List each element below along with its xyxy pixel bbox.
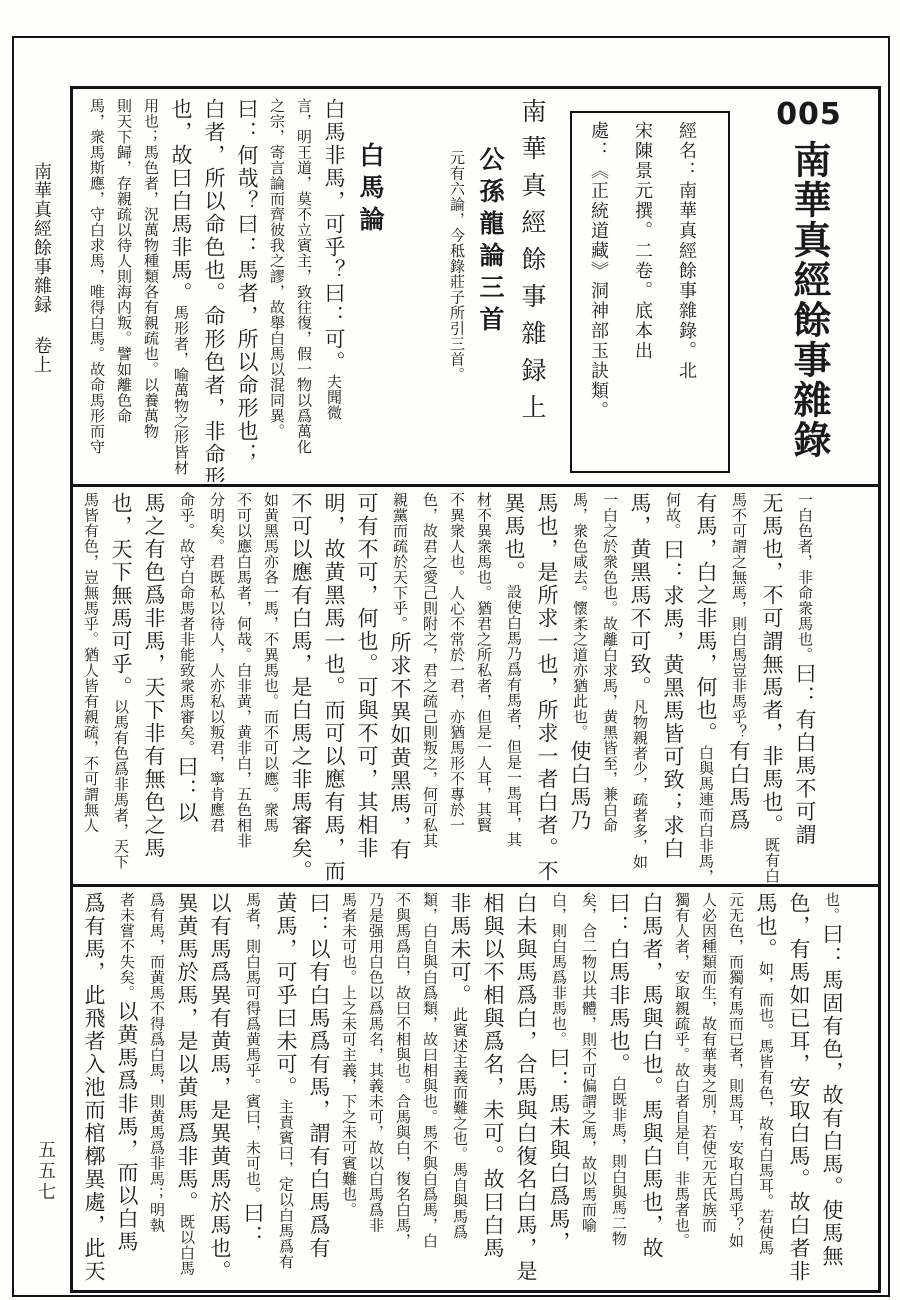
commentary-text: 乃是强用白色以爲馬名，其義未可，故以白馬爲非: [367, 892, 385, 1233]
commentary-text: 何故。: [664, 492, 682, 539]
text-column: 元有六論，今秪錄莊子所引三首。: [444, 98, 470, 479]
register-bottom: 也。曰：馬固有色，故有白馬。使馬無色，有馬如已耳，安取白馬。故白者非馬也。如，而…: [73, 887, 878, 1290]
text-column: 白者，所以命色也。命形色者，非命形: [198, 98, 230, 479]
main-text: 以黄馬爲非馬，而以白馬: [115, 1001, 139, 1254]
spine-title-main: 南華真經餘事雜録: [31, 162, 52, 314]
text-column: 馬，衆色咸去。懷柔之道亦猶此也。使白馬乃: [564, 492, 596, 879]
main-text: 也，天下無馬可乎。: [109, 492, 133, 699]
colophon-column: 經名：南華真經餘事雜錄。北: [664, 121, 708, 463]
text-frame: 005 南華真經餘事雜錄 經名：南華真經餘事雜錄。北宋陳景元撰。二卷。底本出處：…: [70, 86, 881, 1293]
commentary-text: 夫聞微: [325, 374, 343, 421]
main-text: 可有不可，何也。可與不可，其相非: [355, 492, 379, 860]
text-column: 乃是强用白色以爲馬名，其義未可，故以白馬爲非: [363, 892, 389, 1285]
text-column: 馬也，是所求一也，所求一者白者。不: [531, 492, 563, 879]
main-text: 白馬非馬，可乎？曰：可。: [322, 98, 346, 374]
main-text: 爲有馬，此飛者入池而棺槨異處，此天: [82, 892, 106, 1283]
text-column: 白，則白馬爲非馬也。曰：馬未與白爲馬，: [543, 892, 575, 1285]
text-column: 有馬，白之非馬，何也。白與馬連而白非馬，: [690, 492, 722, 879]
text-column: 相與以不相與爲名，未可。故曰白馬: [477, 892, 509, 1285]
main-text: 曰：白馬非馬也。: [607, 892, 631, 1076]
commentary-text: 白，則白馬爲非馬也。: [550, 892, 568, 1047]
text-column: 則天下歸，存親疏以待人則海内叛。譬如離色命: [111, 98, 137, 479]
commentary-text: 之宗，寄言論而齊彼我之謬，故舉白馬以混同異。: [268, 98, 286, 439]
commentary-text: 言，明王道，莫不立賓主，致往復，假一物以爲萬化: [295, 98, 313, 455]
text-column: 白未與馬爲白，合馬與白復名白馬，是: [510, 892, 542, 1285]
main-text: 曰：有白馬不可謂: [793, 663, 817, 847]
main-text: 曰：以: [175, 756, 199, 825]
book-title: 南華真經餘事雜錄: [787, 140, 831, 470]
text-column: 馬者，則白馬可得爲黄馬乎。賓曰，未可也。曰：: [237, 892, 269, 1285]
text-column: 之宗，寄言論而齊彼我之謬，故舉白馬以混同異。: [264, 98, 290, 479]
text-column: 曰：何哉？曰：馬者，所以命形也；: [231, 98, 263, 479]
main-text: 不可以應有白馬，是白馬之非馬審矣。: [289, 492, 313, 883]
text-column: 異馬也。設使白馬乃爲有馬者，但是一馬耳，其: [498, 492, 530, 879]
commentary-text: 白與馬連而白非馬，: [697, 745, 715, 884]
text-column: 爲有馬，而黄馬不得爲白馬，則黄馬爲非馬；明執: [144, 892, 170, 1285]
main-text: 白未與馬爲白，合馬與白復名白馬，是: [514, 892, 538, 1283]
commentary-text: 一白色者，非命衆馬也。: [796, 492, 814, 663]
main-text: 公孫龍論三首: [476, 146, 505, 338]
commentary-text: 者未嘗不失矣。: [118, 892, 136, 1001]
main-text: 馬也，是所求一也，所求一者白者。不: [535, 492, 559, 883]
commentary-text: 馬者，則白馬可得爲黄馬乎。賓曰，未可也。: [244, 892, 262, 1202]
commentary-text: 馬者未可也。上之未可主義，下之未可賓難也。: [340, 892, 358, 1218]
text-column: 如黄黑馬亦各一馬，不異馬也。而不可以應。衆馬: [258, 492, 284, 879]
main-text: 无馬也，不可謂無馬者，非馬也。: [760, 492, 784, 837]
title-block: 005 南華真經餘事雜錄: [744, 95, 874, 482]
main-text: 曰：何哉？曰：馬者，所以命形也；: [235, 98, 259, 466]
register-middle-text: 一白色者，非命衆馬也。曰：有白馬不可謂无馬也，不可謂無馬者，非馬也。既有白馬不可…: [73, 487, 826, 884]
commentary-text: 如，而也。馬皆有色，故有白馬耳。若使馬: [757, 961, 775, 1256]
commentary-text: 也。: [823, 892, 841, 923]
text-column: 以有馬爲異有黄馬，是異黄馬於馬也。: [204, 892, 236, 1285]
text-column: 馬之有色爲非馬，天下非有無色之馬: [138, 492, 170, 879]
text-column: 曰：白馬非馬也。白既非馬，則白與馬二物: [603, 892, 635, 1285]
text-column: 馬，黄黑馬不可致。凡物親者少，疏者多，如: [624, 492, 656, 879]
text-column: 馬皆有色，豈無馬乎。猶人皆有親疏，不可謂無人: [78, 492, 104, 879]
commentary-text: 白既非馬，則白與馬二物: [610, 1076, 628, 1247]
section-heading-column: 白馬論: [351, 98, 389, 479]
text-column: 也，故曰白馬非馬。馬形者，喻萬物之形皆材: [165, 98, 197, 479]
volume-title-column: 南華真經餘事雜録上: [510, 98, 554, 479]
text-column: 何故。曰：求馬，黄黑馬皆可致；求白: [657, 492, 689, 879]
main-text: 所求不異如黄黑馬，有: [388, 632, 412, 862]
spine-title: 南華真經餘事雜録卷上: [26, 162, 56, 374]
commentary-text: 親黨而疏於天下乎。: [391, 492, 409, 632]
text-column: 明，故黄黑馬一也。而可以應有馬，而: [318, 492, 350, 879]
text-column: 類，白自與白爲類，故曰相與也。馬不與白爲馬，白: [417, 892, 443, 1285]
page-number: 五五七: [32, 1140, 58, 1203]
commentary-text: 馬形者，喻萬物之形皆材: [172, 305, 190, 476]
text-column: 爲有馬，此飛者入池而棺槨異處，此天: [78, 892, 110, 1285]
commentary-text: 馬不可謂之無馬，則白馬豈非馬乎？: [730, 492, 748, 740]
text-column: 命乎。故守白命馬者非能致衆馬審矣。曰：以: [171, 492, 203, 879]
text-column: 材不異衆馬也。猶君之所私者，但是一人耳，其賢: [471, 492, 497, 879]
text-column: 馬者未可也。上之未可主義，下之未可賓難也。: [336, 892, 362, 1285]
text-column: 曰：以有白馬爲有馬，謂有白馬爲有: [303, 892, 335, 1285]
text-column: 言，明王道，莫不立賓主，致往復，假一物以爲萬化: [291, 98, 317, 479]
commentary-text: 以馬有色爲非馬者，天下: [112, 699, 130, 870]
commentary-text: 色，故君之愛己則附之，君之疏己則叛之，何可私其: [421, 492, 439, 849]
text-column: 非馬未可。此賓述主義而難之也。馬自與馬爲: [444, 892, 476, 1285]
text-column: 馬不可謂之無馬，則白馬豈非馬乎？有白馬爲: [723, 492, 755, 879]
text-column: 不可以應白馬者，何哉。白非黄，黄非白，五色相非: [231, 492, 257, 879]
text-column: 不可以應有白馬，是白馬之非馬審矣。: [285, 492, 317, 879]
main-text: 異馬也。: [502, 492, 526, 584]
main-text: 白者，所以命色也。命形色者，非命形: [202, 98, 226, 482]
folio-number: 005: [744, 97, 874, 132]
text-column: 可有不可，何也。可與不可，其相非: [351, 492, 383, 879]
commentary-text: 既以白馬: [178, 1214, 196, 1276]
colophon-box: 經名：南華真經餘事雜錄。北宋陳景元撰。二卷。底本出處：《正統道藏》洞神部玉訣類。: [570, 111, 730, 473]
main-text: 異黄馬於馬，是以黄馬爲非馬。: [175, 892, 199, 1214]
commentary-text: 分明矣。君既私以待人，人亦私以叛君，寧肯應君: [208, 492, 226, 833]
commentary-text: 則天下歸，存親疏以待人則海内叛。譬如離色命: [115, 98, 133, 424]
commentary-text: 如黄黑馬亦各一馬，不異馬也。而不可以應。衆馬: [262, 492, 280, 833]
main-text: 黄馬，可乎曰未可。: [274, 892, 298, 1099]
spine-title-volume: 卷上: [31, 314, 52, 374]
commentary-text: 命乎。故守白命馬者非能致衆馬審矣。: [178, 492, 196, 756]
commentary-text: 不異衆人也。人心不常於一君，亦猶馬形不專於一: [448, 492, 466, 833]
scanned-page: { "page": { "folio_number": "005", "book…: [0, 0, 900, 1300]
main-text: 曰：馬固有色，故有白馬。使馬無: [820, 923, 844, 1268]
text-column: 白馬者，馬與白也。馬與白馬也，故: [636, 892, 668, 1285]
main-text: 曰：: [241, 1202, 265, 1248]
main-text: 有馬，白之非馬，何也。: [694, 492, 718, 745]
text-column: 親黨而疏於天下乎。所求不異如黄黑馬，有: [384, 492, 416, 879]
commentary-text: 用也；馬色者，況萬物種類各有親疏也。以養萬物: [142, 98, 160, 439]
commentary-text: 矣，合二物以共體，則不可偏謂之馬，故以馬而喻: [580, 892, 598, 1233]
commentary-text: 馬皆有色，豈無馬乎。猶人皆有親疏，不可謂無人: [82, 492, 100, 833]
text-column: 色，故君之愛己則附之，君之疏己則叛之，何可私其: [417, 492, 443, 879]
commentary-text: 元无色，而獨有馬而已者，則馬耳，安取白馬乎？如: [727, 892, 745, 1249]
text-column: 色，有馬如已耳，安取白馬。故白者非: [783, 892, 815, 1285]
main-text: 馬，黄黑馬不可致。: [628, 492, 652, 699]
commentary-text: 此賓述主義而難之也。馬自與馬爲: [451, 1007, 469, 1240]
text-column: 人必因種類而生，故有華夷之別，若使元无氏族而: [696, 892, 722, 1285]
text-column: 者未嘗不失矣。以黄馬爲非馬，而以白馬: [111, 892, 143, 1285]
main-text: 南華真經餘事雜録上: [518, 98, 547, 431]
register-top: 005 南華真經餘事雜錄 經名：南華真經餘事雜錄。北宋陳景元撰。二卷。底本出處：…: [73, 89, 878, 484]
main-text: 也，故曰白馬非馬。: [169, 98, 193, 305]
commentary-text: 不與馬爲白，故曰不相與也。合馬與白，復名白馬，: [394, 892, 412, 1249]
commentary-text: 人必因種類而生，故有華夷之別，若使元无氏族而: [700, 892, 718, 1233]
main-text: 曰：以有白馬爲有馬，謂有白馬爲有: [307, 892, 331, 1260]
main-text: 白馬論: [356, 142, 385, 238]
commentary-text: 元有六論，今秪錄莊子所引三首。: [448, 150, 466, 383]
commentary-text: 既有白: [763, 837, 781, 884]
commentary-text: 凡物親者少，疏者多，如: [631, 699, 649, 870]
text-column: 獨有人者，安取親疏乎。故白者自是自，非馬者也。: [669, 892, 695, 1285]
text-column: 異黄馬於馬，是以黄馬爲非馬。既以白馬: [171, 892, 203, 1285]
main-text: 明，故黄黑馬一也。而可以應有馬，而: [322, 492, 346, 883]
main-text: 相與以不相與爲名，未可。故曰白馬: [481, 892, 505, 1260]
main-text: 曰：馬未與白爲馬，: [547, 1047, 571, 1254]
commentary-text: 類，白自與白爲類，故曰相與也。馬不與白爲馬，白: [421, 892, 439, 1249]
main-text: 曰：求馬，黄黑馬皆可致；求白: [661, 539, 685, 861]
text-column: 黄馬，可乎曰未可。主責賓曰，定以白馬爲有: [270, 892, 302, 1285]
text-column: 不與馬爲白，故曰不相與也。合馬與白，復名白馬，: [390, 892, 416, 1285]
commentary-text: 馬，衆馬斯應，守白求馬，唯得白馬。故命馬形而守: [88, 98, 106, 455]
colophon-text: 經名：南華真經餘事雜錄。北宋陳景元撰。二卷。底本出處：《正統道藏》洞神部玉訣類。: [576, 121, 708, 463]
section-heading-column: 公孫龍論三首: [471, 98, 509, 479]
register-bottom-text: 也。曰：馬固有色，故有白馬。使馬無色，有馬如已耳，安取白馬。故白者非馬也。如，而…: [73, 887, 853, 1290]
commentary-text: 獨有人者，安取親疏乎。故白者自是自，非馬者也。: [673, 892, 691, 1249]
text-column: 不異衆人也。人心不常於一君，亦猶馬形不專於一: [444, 492, 470, 879]
text-column: 一白色者，非命衆馬也。曰：有白馬不可謂: [789, 492, 821, 879]
register-middle: 一白色者，非命衆馬也。曰：有白馬不可謂无馬也，不可謂無馬者，非馬也。既有白馬不可…: [73, 487, 878, 884]
text-column: 矣，合二物以共體，則不可偏謂之馬，故以馬而喻: [576, 892, 602, 1285]
commentary-text: 馬，衆色咸去。懷柔之道亦猶此也。: [571, 492, 589, 740]
text-column: 分明矣。君既私以待人，人亦私以叛君，寧肯應君: [204, 492, 230, 879]
main-text: 白馬者，馬與白也。馬與白馬也，故: [640, 892, 664, 1260]
text-column: 也。曰：馬固有色，故有白馬。使馬無: [816, 892, 848, 1285]
main-text: 使白馬乃: [568, 740, 592, 832]
main-text: 非馬未可。: [448, 892, 472, 1007]
colophon-column: 宋陳景元撰。二卷。底本出: [620, 121, 664, 463]
text-column: 馬，衆馬斯應，守白求馬，唯得白馬。故命馬形而守: [84, 98, 110, 479]
main-text: 色，有馬如已耳，安取白馬。故白者非: [787, 892, 811, 1283]
main-text: 以有馬爲異有黄馬，是異黄馬於馬也。: [208, 892, 232, 1283]
text-column: 一白之於衆色也。故離白求馬，黄黑皆至，兼白命: [597, 492, 623, 879]
text-column: 白馬非馬，可乎？曰：可。夫聞微: [318, 98, 350, 479]
register-top-text: 南華真經餘事雜録上公孫龍論三首元有六論，今秪錄莊子所引三首。白馬論白馬非馬，可乎…: [77, 95, 564, 482]
main-text: 馬也。: [754, 892, 778, 961]
commentary-text: 主責賓曰，定以白馬爲有: [277, 1099, 295, 1270]
commentary-text: 不可以應白馬者，何哉。白非黄，黄非白，五色相非: [235, 492, 253, 849]
main-text: 有白馬爲: [727, 740, 751, 832]
commentary-text: 設使白馬乃爲有馬者，但是一馬耳，其: [505, 584, 523, 848]
text-column: 馬也。如，而也。馬皆有色，故有白馬耳。若使馬: [750, 892, 782, 1285]
main-text: 馬之有色爲非馬，天下非有無色之馬: [142, 492, 166, 860]
commentary-text: 一白之於衆色也。故離白求馬，黄黑皆至，兼白命: [601, 492, 619, 833]
text-column: 元无色，而獨有馬而已者，則馬耳，安取白馬乎？如: [723, 892, 749, 1285]
text-column: 无馬也，不可謂無馬者，非馬也。既有白: [756, 492, 788, 879]
text-column: 也，天下無馬可乎。以馬有色爲非馬者，天下: [105, 492, 137, 879]
colophon-column: 處：《正統道藏》洞神部玉訣類。: [576, 121, 620, 463]
text-column: 用也；馬色者，況萬物種類各有親疏也。以養萬物: [138, 98, 164, 479]
commentary-text: 材不異衆馬也。猶君之所私者，但是一人耳，其賢: [475, 492, 493, 833]
commentary-text: 爲有馬，而黄馬不得爲白馬，則黄馬爲非馬；明執: [148, 892, 166, 1233]
